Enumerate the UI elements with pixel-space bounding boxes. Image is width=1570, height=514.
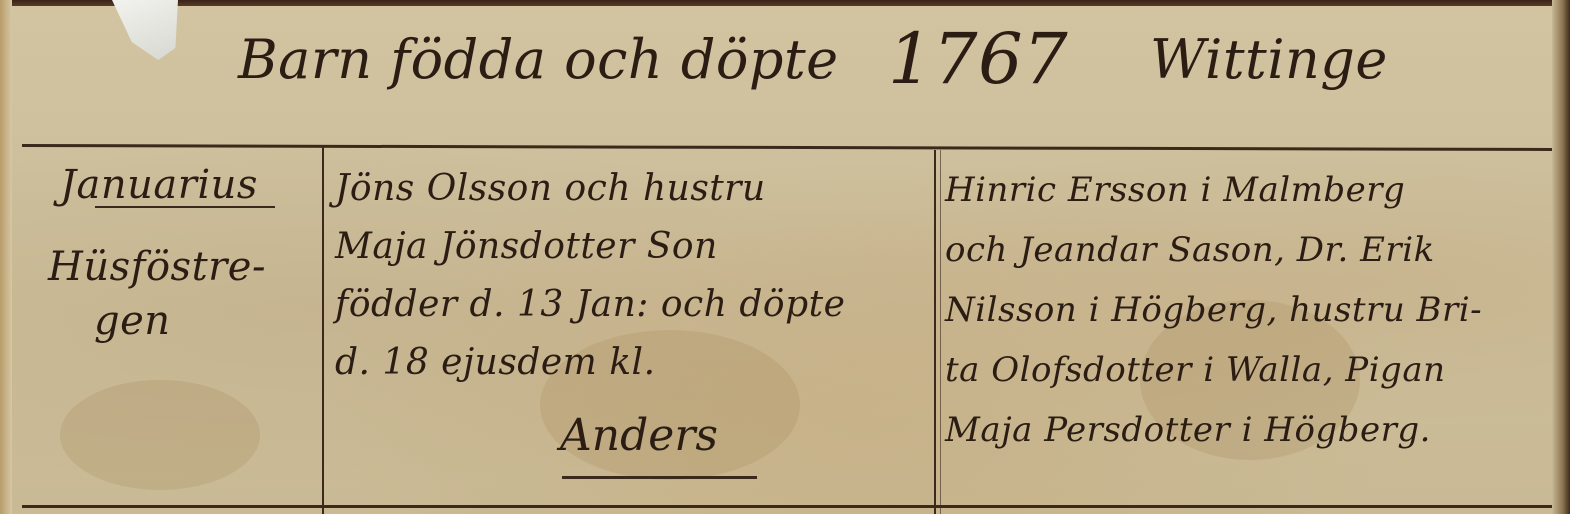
paper-bookmark-tab <box>112 0 178 60</box>
column-divider-1 <box>322 147 324 514</box>
witness-line: Maja Persdotter i Högberg. <box>945 400 1482 460</box>
month-underline <box>95 206 275 208</box>
page-left-edge <box>0 0 12 514</box>
water-stain <box>60 380 260 490</box>
entry-status: Hüsföstre- gen <box>48 240 266 348</box>
page-title: Barn födda och döpte <box>238 28 839 91</box>
parents-line: d. 18 ejusdem kl. <box>335 334 845 392</box>
witness-line: Hinric Ersson i Malmberg <box>945 160 1482 220</box>
column-divider-2 <box>934 150 936 514</box>
entry-month: Januarius <box>60 162 258 208</box>
page-top-edge <box>0 0 1570 6</box>
child-name-underline <box>562 476 757 479</box>
parents-line: Maja Jönsdotter Son <box>335 218 845 276</box>
parish-name: Wittinge <box>1150 28 1388 91</box>
header-rule <box>22 144 1552 151</box>
witness-line: och Jeandar Sason, Dr. Erik <box>945 220 1482 280</box>
register-page: Barn födda och döpte 1767 Wittinge Janua… <box>0 0 1570 514</box>
entry-bottom-rule <box>22 505 1552 508</box>
parents-line: födder d. 13 Jan: och döpte <box>335 276 845 334</box>
book-binding-edge <box>1552 0 1570 514</box>
child-name: Anders <box>560 410 718 461</box>
page-year: 1767 <box>888 18 1068 100</box>
status-line: gen <box>48 294 266 348</box>
parents-record: Jöns Olsson och hustru Maja Jönsdotter S… <box>335 160 845 392</box>
witness-line: ta Olofsdotter i Walla, Pigan <box>945 340 1482 400</box>
parents-line: Jöns Olsson och hustru <box>335 160 845 218</box>
witnesses-record: Hinric Ersson i Malmberg och Jeandar Sas… <box>945 160 1482 460</box>
status-line: Hüsföstre- <box>48 240 266 294</box>
column-divider-2-double <box>940 150 941 514</box>
witness-line: Nilsson i Högberg, hustru Bri- <box>945 280 1482 340</box>
